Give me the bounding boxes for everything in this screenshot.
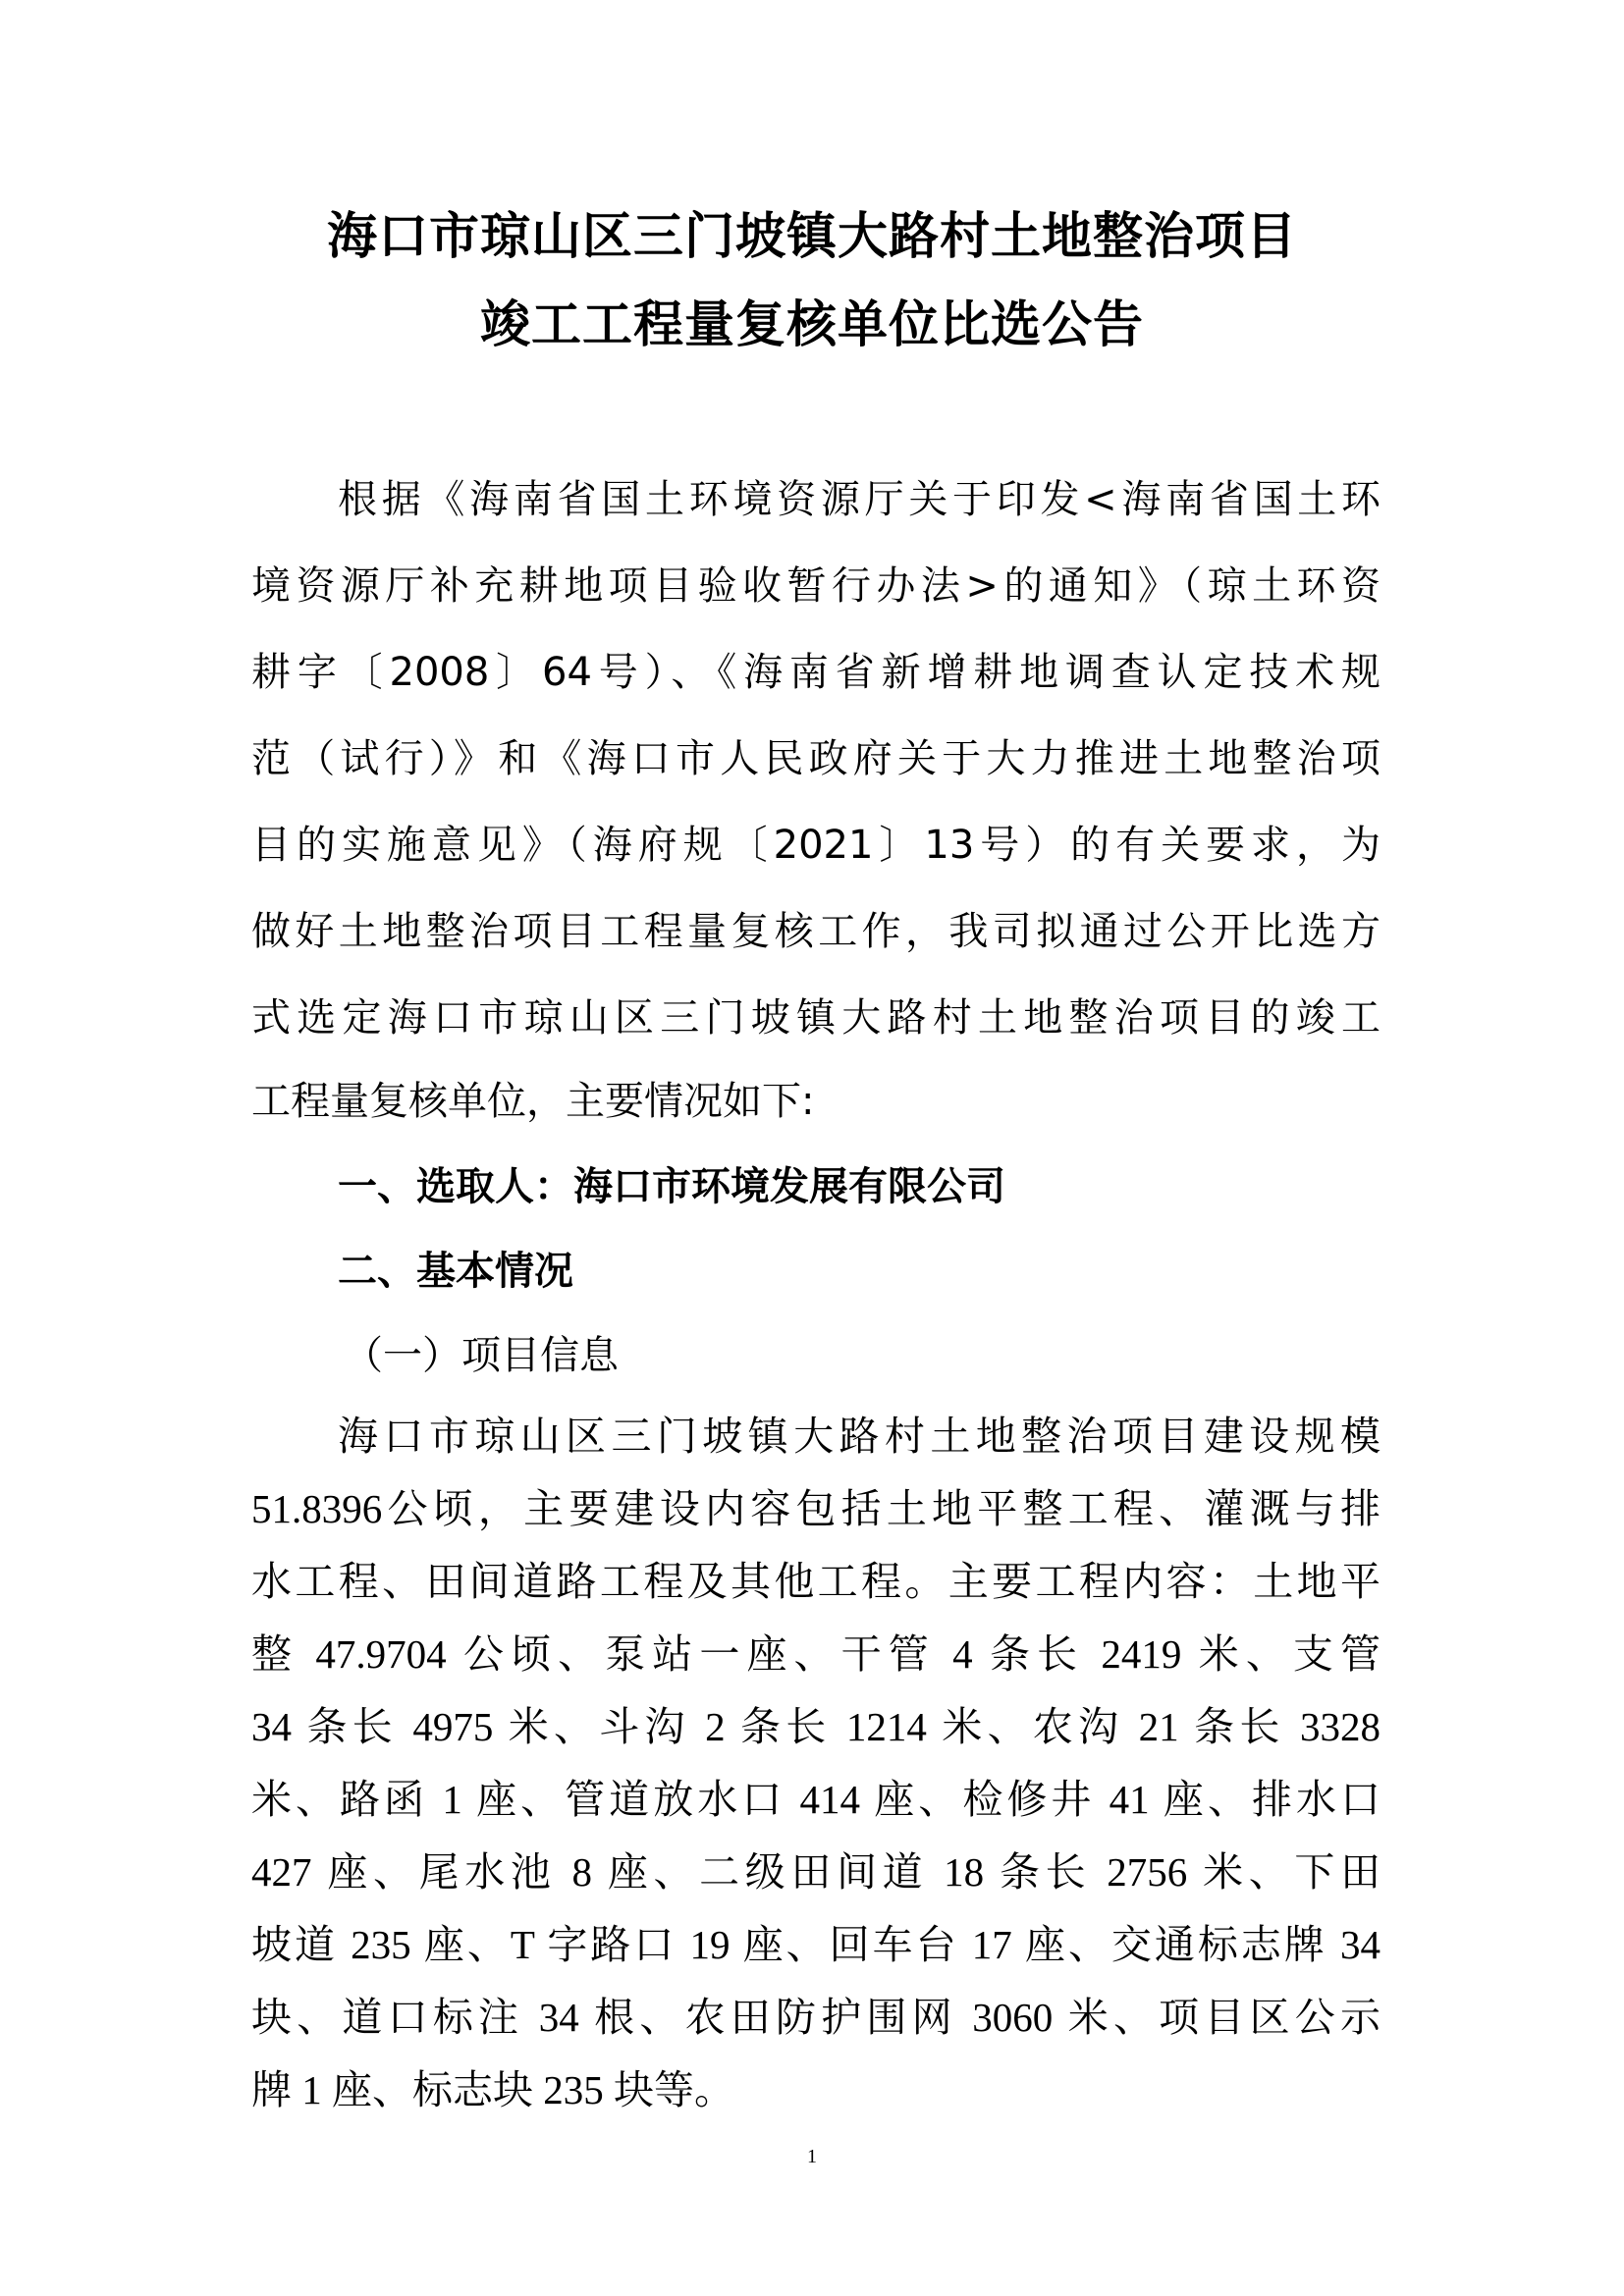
project-paragraph-line: 坡道 235 座、T 字路口 19 座、回车台 17 座、交通标志牌 34: [251, 1920, 1380, 1969]
section-heading-selector: 一、选取人：海口市环境发展有限公司: [338, 1162, 1005, 1211]
page-number: 1: [0, 2146, 1624, 2168]
project-paragraph-line: 水工程、田间道路工程及其他工程。主要工程内容：土地平: [251, 1557, 1380, 1606]
document-page: 海口市琼山区三门坡镇大路村土地整治项目 竣工工程量复核单位比选公告 根据《海南省…: [0, 0, 1624, 2296]
intro-paragraph-line: 耕字〔2008〕64号）、《海南省新增耕地调查认定技术规: [251, 648, 1380, 697]
intro-paragraph-line: 做好土地整治项目工程量复核工作，我司拟通过公开比选方: [251, 907, 1380, 956]
project-paragraph-line: 海口市琼山区三门坡镇大路村土地整治项目建设规模: [338, 1412, 1380, 1461]
project-paragraph-line: 整 47.9704 公顷、泵站一座、干管 4 条长 2419 米、支管: [251, 1629, 1380, 1679]
intro-paragraph-line: 范（试行）》和《海口市人民政府关于大力推进土地整治项: [251, 734, 1380, 783]
document-title-line-2: 竣工工程量复核单位比选公告: [0, 296, 1624, 355]
intro-paragraph-line: 根据《海南省国土环境资源厅关于印发<海南省国土环: [338, 475, 1380, 524]
section-heading-basic-info: 二、基本情况: [338, 1247, 573, 1296]
intro-paragraph-line: 工程量复核单位，主要情况如下:: [251, 1077, 1380, 1126]
document-title-line-1: 海口市琼山区三门坡镇大路村土地整治项目: [0, 208, 1624, 267]
project-paragraph-line: 34 条长 4975 米、斗沟 2 条长 1214 米、农沟 21 条长 332…: [251, 1702, 1380, 1751]
project-paragraph-line: 块、道口标注 34 根、农田防护围网 3060 米、项目区公示: [251, 1993, 1380, 2042]
project-paragraph-line: 米、路函 1 座、管道放水口 414 座、检修井 41 座、排水口: [251, 1775, 1380, 1824]
intro-paragraph-line: 目的实施意见》（海府规〔2021〕13号）的有关要求，为: [251, 821, 1380, 870]
project-paragraph-line: 427 座、尾水池 8 座、二级田间道 18 条长 2756 米、下田: [251, 1847, 1380, 1896]
subsection-heading-project-info: （一）项目信息: [344, 1331, 619, 1380]
intro-paragraph-line: 境资源厅补充耕地项目验收暂行办法>的通知》（琼土环资: [251, 561, 1380, 611]
project-paragraph-line: 51.8396公顷，主要建设内容包括土地平整工程、灌溉与排: [251, 1484, 1380, 1533]
project-paragraph-line: 牌 1 座、标志块 235 块等。: [251, 2065, 1380, 2114]
intro-paragraph-line: 式选定海口市琼山区三门坡镇大路村土地整治项目的竣工: [251, 993, 1380, 1042]
